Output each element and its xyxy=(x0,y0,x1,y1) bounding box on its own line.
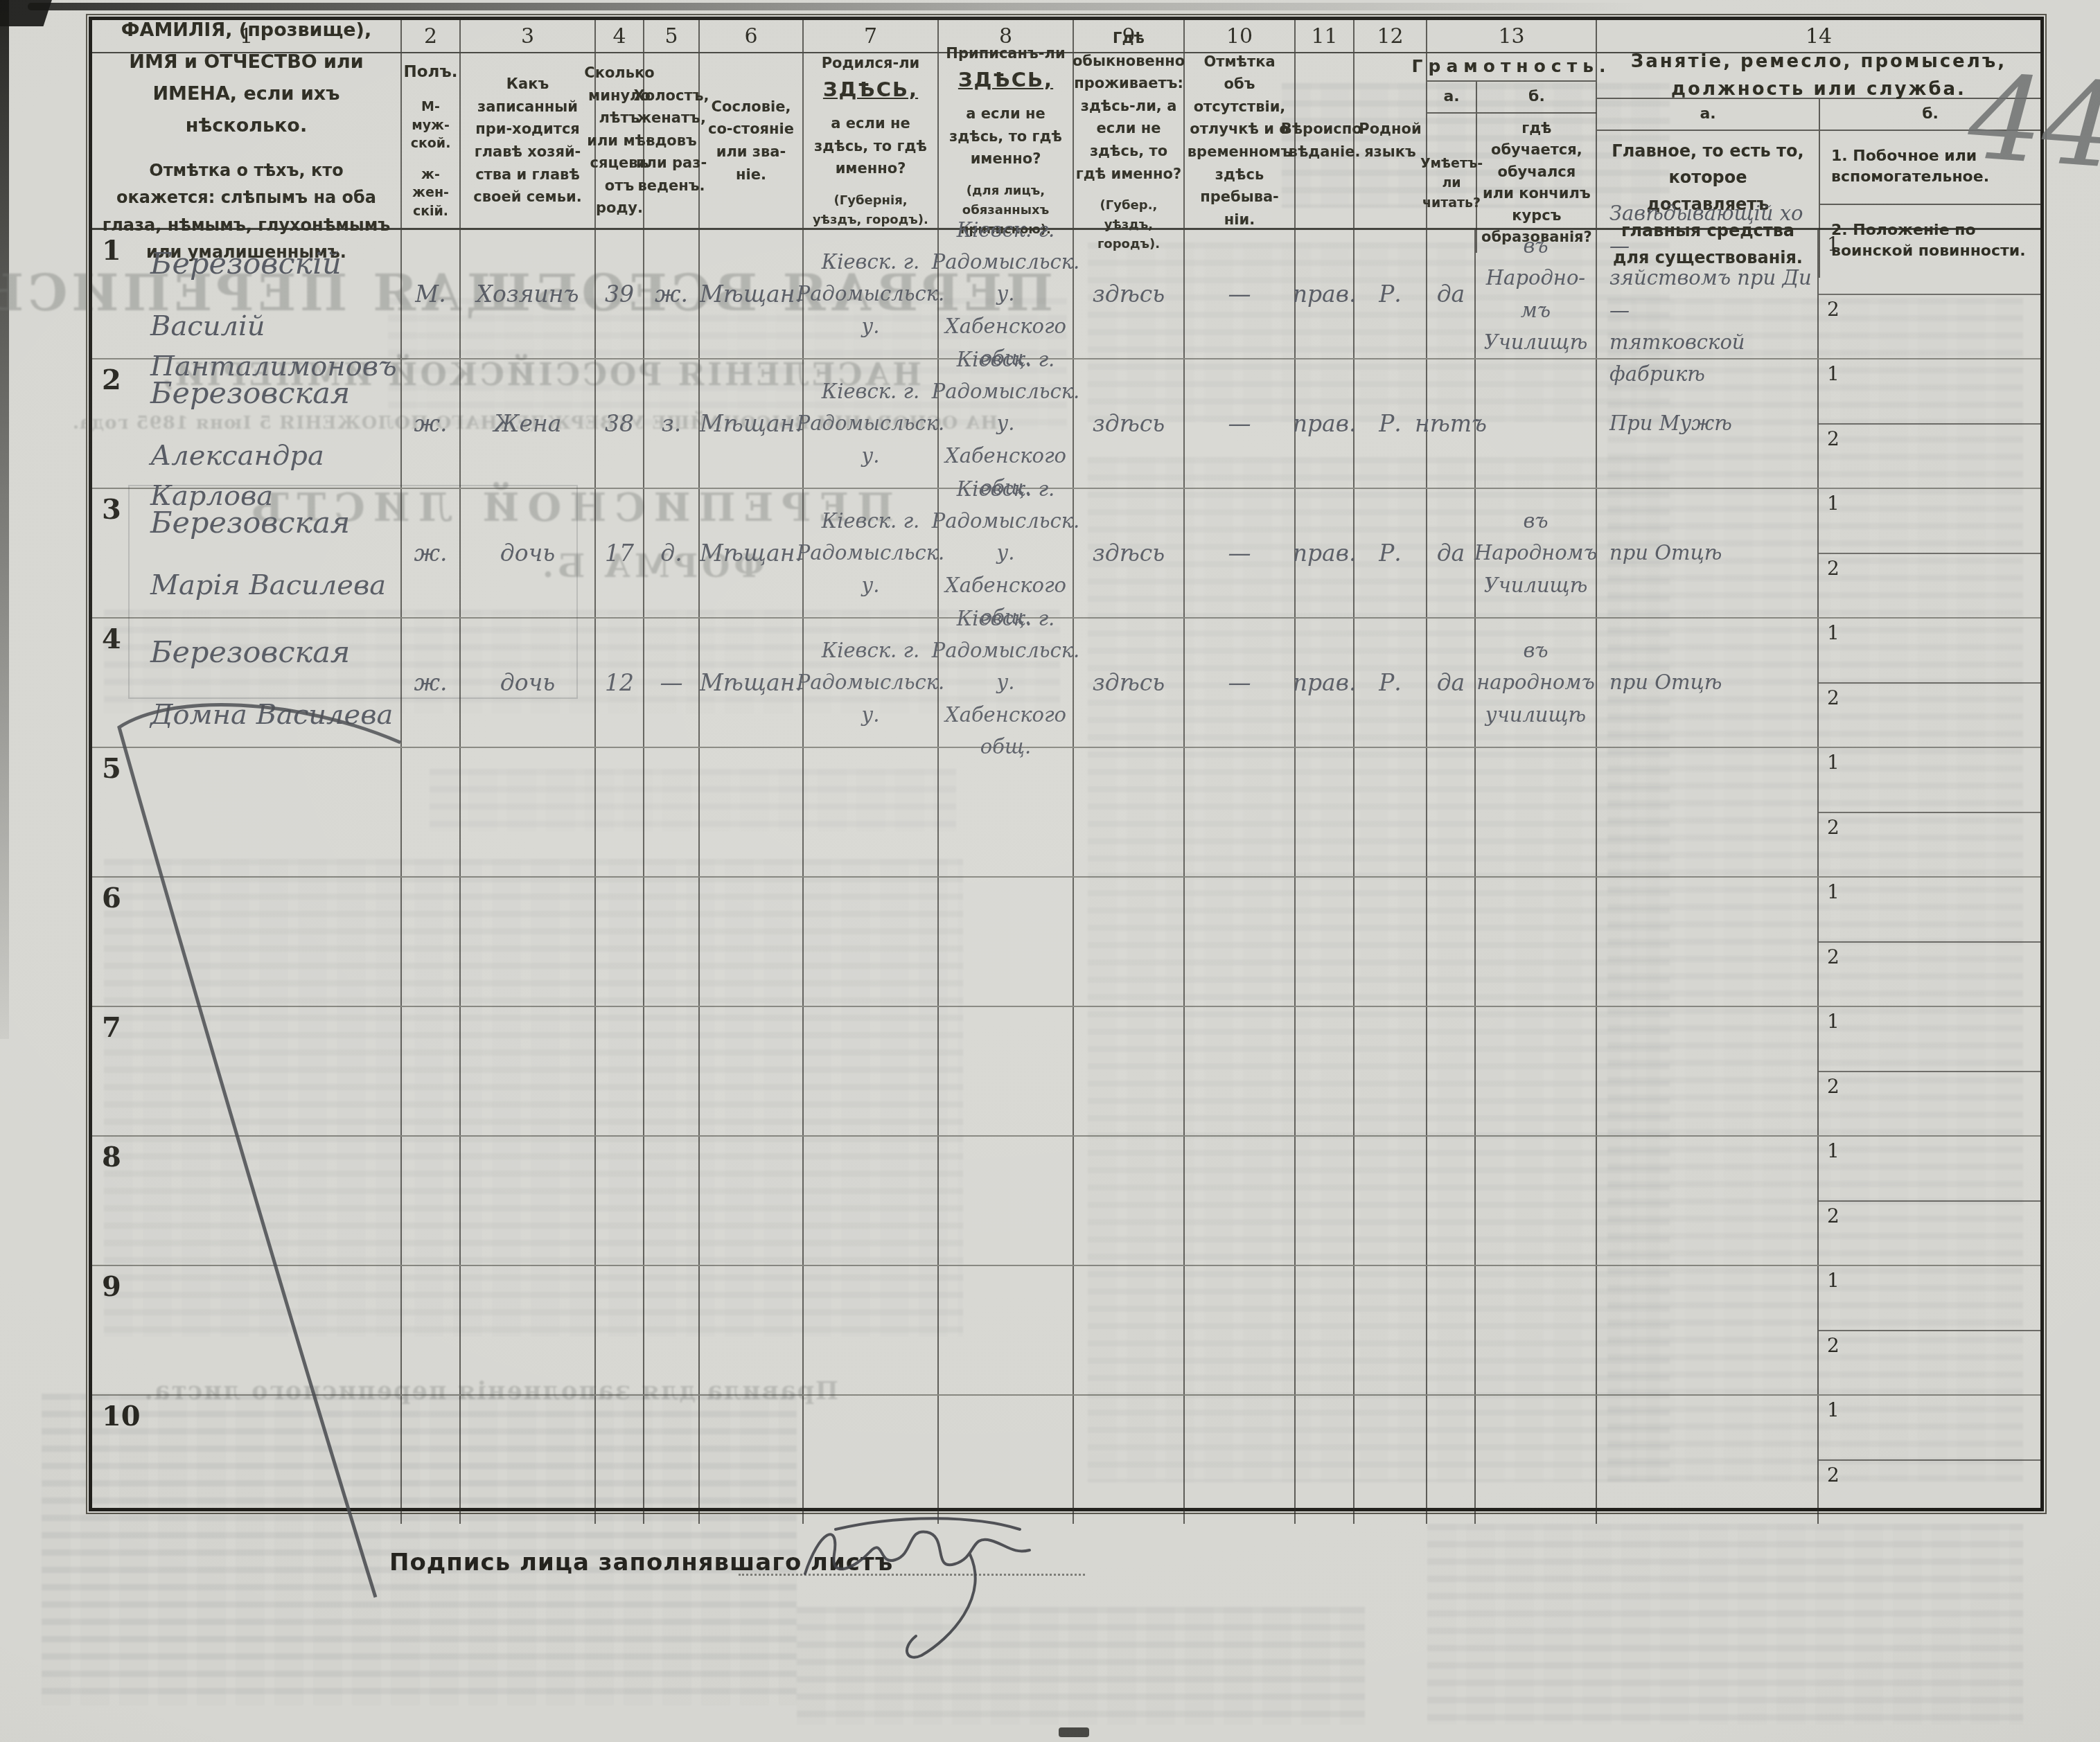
cell-marital xyxy=(644,1266,700,1394)
row-number: 1 xyxy=(102,234,121,267)
cell-education xyxy=(1476,878,1597,1006)
cell-religion xyxy=(1296,1007,1355,1135)
column-number: 11 xyxy=(1296,20,1355,52)
cell-estate xyxy=(700,1137,804,1265)
scan-corner-artifact xyxy=(0,0,53,26)
absence-value: — xyxy=(1228,537,1251,570)
cell-occupation-side: 12 xyxy=(1819,878,2040,1006)
cell-occupation-side: 12 xyxy=(1819,748,2040,876)
cell-age xyxy=(596,1137,644,1265)
signature-dotted-line xyxy=(739,1574,1085,1576)
row-number: 9 xyxy=(102,1270,121,1303)
cell-relation: Хозяинъ xyxy=(461,230,596,358)
cell-literacy xyxy=(1427,1007,1476,1135)
cell-registered: Кіевск. г. Радомысльск. у. Хабенского об… xyxy=(939,619,1074,747)
column-number: 2 xyxy=(402,20,461,52)
header-sex: Полъ. М-муж-ской. ж-жен-скій. xyxy=(402,53,461,228)
cell-name: 5 xyxy=(92,748,402,876)
religion-value: прав. xyxy=(1293,407,1357,441)
cell-absence xyxy=(1185,1007,1296,1135)
cell-estate xyxy=(700,1396,804,1524)
cell-relation xyxy=(461,1007,596,1135)
cell-language xyxy=(1355,1007,1427,1135)
header-residence: Гдѣ обыкновенно проживаетъ: здѣсь-ли, а … xyxy=(1074,53,1185,228)
header-sex-title: Полъ. xyxy=(404,60,458,85)
estate-value: Мѣщан. xyxy=(700,407,802,441)
subcell-number: 1 xyxy=(1827,492,1839,515)
absence-value: — xyxy=(1228,278,1251,311)
header-sex-male: М-муж-ской. xyxy=(407,98,454,153)
scan-speck xyxy=(1059,1727,1089,1737)
birthplace-value: Кіевск. г. Радомысльск. у. xyxy=(797,375,945,472)
cell-sex: М. xyxy=(402,230,461,358)
side-occupation-subcell: 1 xyxy=(1819,1007,2040,1071)
cell-residence xyxy=(1074,1266,1185,1394)
subcell-number: 1 xyxy=(1827,1010,1839,1033)
cell-marital xyxy=(644,748,700,876)
subcell-number: 1 xyxy=(1827,621,1839,644)
header-birthplace-line: Родился-ли ЗДѢСЬ, xyxy=(809,52,932,105)
table-row: 9 12 xyxy=(92,1266,2040,1396)
column-number: 4 xyxy=(596,20,644,52)
subcell-number: 2 xyxy=(1827,945,1839,968)
subcell-number: 2 xyxy=(1827,427,1839,450)
residence-value: здѣсь xyxy=(1093,278,1165,311)
cell-absence xyxy=(1185,1266,1296,1394)
subcell-number: 1 xyxy=(1827,1269,1839,1292)
surname-value: Березовская xyxy=(150,501,394,544)
subcell-number: 1 xyxy=(1827,880,1839,903)
cell-literacy xyxy=(1427,1396,1476,1524)
cell-sex xyxy=(402,1266,461,1394)
cell-residence: здѣсь xyxy=(1074,359,1185,488)
cell-birthplace xyxy=(804,878,939,1006)
cell-age xyxy=(596,1396,644,1524)
cell-occupation-side: 12 xyxy=(1819,1266,2040,1394)
cell-marital: ж. xyxy=(644,230,700,358)
military-status-subcell: 2 xyxy=(1819,553,2040,618)
cell-registered: Кіевск. г. Радомысльск. у. Хабенского об… xyxy=(939,489,1074,617)
cell-literacy xyxy=(1427,1137,1476,1265)
header-registered-emph: ЗДѢСЬ, xyxy=(958,68,1053,91)
cell-marital: — xyxy=(644,619,700,747)
subcell-number: 2 xyxy=(1827,1334,1839,1357)
cell-residence xyxy=(1074,1007,1185,1135)
table-row: 1БерезовскійВасилій Панталимоновъ М. Хоз… xyxy=(92,230,2040,359)
cell-sex: ж. xyxy=(402,359,461,488)
column-number: 13 xyxy=(1427,20,1597,52)
religion-value: прав. xyxy=(1293,278,1357,311)
cell-name: 3БерезовскаяМарія Василева xyxy=(92,489,402,617)
estate-value: Мѣщан. xyxy=(700,666,802,700)
cell-name: 8 xyxy=(92,1137,402,1265)
cell-occupation xyxy=(1597,1396,1819,1524)
cell-marital xyxy=(644,1396,700,1524)
cell-age xyxy=(596,1266,644,1394)
cell-relation xyxy=(461,878,596,1006)
column-number: 3 xyxy=(461,20,596,52)
table-row: 7 12 xyxy=(92,1007,2040,1137)
cell-religion xyxy=(1296,1137,1355,1265)
scan-edge-top xyxy=(28,3,1649,10)
header-registered-line: Приписанъ-ли ЗДѢСЬ, xyxy=(944,42,1067,96)
language-value: Р. xyxy=(1379,407,1402,441)
cell-occupation-side: 12 xyxy=(1819,1137,2040,1265)
cell-literacy xyxy=(1427,1266,1476,1394)
header-literacy-b: б. гдѣ обучается, обучался или кончилъ к… xyxy=(1477,82,1596,253)
cell-registered: Кіевск. г. Радомысльск. у. Хабенского об… xyxy=(939,359,1074,488)
subcell-number: 1 xyxy=(1827,1139,1839,1162)
military-status-subcell: 2 xyxy=(1819,1071,2040,1136)
cell-birthplace xyxy=(804,1396,939,1524)
header-literacy-b-letter: б. xyxy=(1477,82,1596,114)
cell-age: 12 xyxy=(596,619,644,747)
cell-name: 7 xyxy=(92,1007,402,1135)
subcell-number: 1 xyxy=(1827,362,1839,385)
header-registered-pre: Приписанъ-ли xyxy=(946,45,1065,62)
cell-age xyxy=(596,1007,644,1135)
birthplace-value: Кіевск. г. Радомысльск. у. xyxy=(797,246,945,342)
military-status-subcell: 2 xyxy=(1819,1459,2040,1525)
header-religion: Вѣроиспо-вѣданіе. xyxy=(1296,53,1355,228)
header-birthplace-emph: ЗДѢСЬ, xyxy=(823,78,918,101)
column-number: 5 xyxy=(644,20,700,52)
cell-relation xyxy=(461,748,596,876)
cell-language xyxy=(1355,1137,1427,1265)
cell-estate: Мѣщан. xyxy=(700,619,804,747)
table-row: 5 12 xyxy=(92,748,2040,878)
header-residence-main: Гдѣ обыкновенно проживаетъ: здѣсь-ли, а … xyxy=(1073,27,1185,185)
cell-residence: здѣсь xyxy=(1074,230,1185,358)
cell-literacy: да xyxy=(1427,489,1476,617)
cell-absence: — xyxy=(1185,489,1296,617)
header-estate: Сословіе, со-стояніе или зва-ніе. xyxy=(700,53,804,228)
cell-residence xyxy=(1074,1396,1185,1524)
military-status-subcell: 2 xyxy=(1819,941,2040,1006)
cell-name: 9 xyxy=(92,1266,402,1394)
cell-occupation-side: 1 2 xyxy=(1819,619,2040,747)
side-occupation-subcell: 1 xyxy=(1819,230,2040,294)
cell-occupation xyxy=(1597,1007,1819,1135)
occupation-value: При Мужѣ xyxy=(1609,407,1732,439)
header-birthplace-paren: (Губернія, уѣздъ, городъ). xyxy=(809,191,932,230)
education-value: въ народномъ училищѣ xyxy=(1476,634,1596,731)
cell-religion: прав. xyxy=(1296,359,1355,488)
cell-estate xyxy=(700,1007,804,1135)
cell-marital: з. xyxy=(644,359,700,488)
header-marital: Холостъ, женатъ, вдовъ или раз-веденъ. xyxy=(644,53,700,228)
census-sheet-scan: { "page": { "number_note": "44", "signat… xyxy=(0,0,2100,1742)
cell-occupation: Завѣдывающій хо— зяйствомъ при Ди— тятко… xyxy=(1597,230,1819,358)
cell-marital: д. xyxy=(644,489,700,617)
sex-value: ж. xyxy=(414,666,447,700)
literacy-value: да xyxy=(1437,537,1465,570)
cell-absence xyxy=(1185,1396,1296,1524)
cell-occupation-side: 1 2 xyxy=(1819,230,2040,358)
cell-occupation: При Мужѣ xyxy=(1597,359,1819,488)
cell-relation xyxy=(461,1137,596,1265)
cell-sex: ж. xyxy=(402,619,461,747)
subcell-number: 2 xyxy=(1827,816,1839,839)
cell-age xyxy=(596,878,644,1006)
language-value: Р. xyxy=(1379,666,1402,700)
cell-age: 39 xyxy=(596,230,644,358)
subcell-number: 2 xyxy=(1827,1464,1839,1486)
side-occupation-subcell: 1 xyxy=(1819,1396,2040,1459)
surname-value: Березовскій xyxy=(150,242,394,285)
cell-literacy: нѣтъ xyxy=(1427,359,1476,488)
cell-language xyxy=(1355,878,1427,1006)
absence-value: — xyxy=(1228,666,1251,700)
cell-education xyxy=(1476,1266,1597,1394)
cell-literacy: да xyxy=(1427,230,1476,358)
cell-residence xyxy=(1074,1137,1185,1265)
cell-absence xyxy=(1185,1137,1296,1265)
side-occupation-subcell: 1 xyxy=(1819,1266,2040,1330)
cell-occupation xyxy=(1597,878,1819,1006)
header-literacy-a: а. Умѣетъ-ли читать? xyxy=(1427,82,1477,253)
cell-literacy: да xyxy=(1427,619,1476,747)
header-literacy-subcolumns: а. Умѣетъ-ли читать? б. гдѣ обучается, о… xyxy=(1427,82,1596,253)
cell-birthplace: Кіевск. г. Радомысльск. у. xyxy=(804,489,939,617)
cell-registered xyxy=(939,1396,1074,1524)
subcell-number: 1 xyxy=(1827,751,1839,774)
cell-estate xyxy=(700,1266,804,1394)
occupation-value: при Отцѣ xyxy=(1609,666,1722,698)
census-table: 1 2 3 4 5 6 7 8 9 10 11 12 13 14 ФАМИЛІЯ… xyxy=(89,17,2044,1511)
subcell-number: 2 xyxy=(1827,686,1839,709)
cell-age: 17 xyxy=(596,489,644,617)
side-occupation-subcell: 1 xyxy=(1819,748,2040,812)
cell-residence xyxy=(1074,748,1185,876)
subcell-number: 2 xyxy=(1827,1205,1839,1227)
side-occupation-subcell: 1 xyxy=(1819,878,2040,941)
cell-occupation: при Отцѣ xyxy=(1597,619,1819,747)
row-number: 5 xyxy=(102,752,121,785)
cell-birthplace xyxy=(804,1137,939,1265)
column-number: 6 xyxy=(700,20,804,52)
cell-absence xyxy=(1185,748,1296,876)
cell-religion xyxy=(1296,1266,1355,1394)
header-registered-mid: а если не здѣсь, то гдѣ именно? xyxy=(944,103,1067,170)
cell-religion: прав. xyxy=(1296,619,1355,747)
scan-edge-left xyxy=(0,0,9,1039)
cell-literacy xyxy=(1427,878,1476,1006)
side-occupation-subcell: 1 xyxy=(1819,359,2040,423)
cell-sex xyxy=(402,1396,461,1524)
cell-relation: дочь xyxy=(461,489,596,617)
cell-occupation xyxy=(1597,1137,1819,1265)
sex-value: М. xyxy=(415,278,445,311)
subcell-number: 2 xyxy=(1827,1075,1839,1098)
military-status-subcell: 2 xyxy=(1819,294,2040,359)
military-status-subcell: 2 xyxy=(1819,423,2040,488)
cell-registered xyxy=(939,878,1074,1006)
cell-registered xyxy=(939,1266,1074,1394)
cell-name: 10 xyxy=(92,1396,402,1524)
cell-education: въ Народномъ Училищѣ xyxy=(1476,489,1597,617)
surname-value: Березовская xyxy=(150,631,394,674)
cell-name: 2БерезовскаяАлександра Карлова xyxy=(92,359,402,488)
cell-estate xyxy=(700,878,804,1006)
cell-name: 4БерезовскаяДомна Василева xyxy=(92,619,402,747)
cell-education xyxy=(1476,1007,1597,1135)
cell-language: Р. xyxy=(1355,230,1427,358)
column-number: 12 xyxy=(1355,20,1427,52)
side-occupation-subcell: 1 xyxy=(1819,619,2040,682)
cell-language xyxy=(1355,1266,1427,1394)
header-name-main: ФАМИЛІЯ, (прозвище), ИМЯ и ОТЧЕСТВО или … xyxy=(98,15,395,142)
cell-religion: прав. xyxy=(1296,230,1355,358)
cell-literacy xyxy=(1427,748,1476,876)
cell-birthplace xyxy=(804,1266,939,1394)
sex-value: ж. xyxy=(414,537,447,570)
cell-education xyxy=(1476,1137,1597,1265)
cell-occupation-side: 1 2 xyxy=(1819,489,2040,617)
cell-estate: Мѣщан. xyxy=(700,359,804,488)
language-value: Р. xyxy=(1379,278,1402,311)
cell-estate: Мѣщан. xyxy=(700,489,804,617)
cell-residence: здѣсь xyxy=(1074,619,1185,747)
cell-occupation-side: 12 xyxy=(1819,1007,2040,1135)
cell-language: Р. xyxy=(1355,489,1427,617)
military-status-subcell: 2 xyxy=(1819,1200,2040,1265)
military-status-subcell: 2 xyxy=(1819,812,2040,877)
header-occupation-a-letter: а. xyxy=(1597,99,1819,131)
signature-label: Подпись лица заполнявшаго листъ xyxy=(389,1549,893,1576)
cell-sex xyxy=(402,1007,461,1135)
cell-residence: здѣсь xyxy=(1074,489,1185,617)
header-name: ФАМИЛІЯ, (прозвище), ИМЯ и ОТЧЕСТВО или … xyxy=(92,53,402,228)
cell-registered: Кіевск. г. Радомысльск. у. Хабенского об… xyxy=(939,230,1074,358)
table-row: 10 12 xyxy=(92,1396,2040,1524)
cell-absence: — xyxy=(1185,619,1296,747)
age-value: 12 xyxy=(605,666,634,700)
cell-education xyxy=(1476,748,1597,876)
cell-religion: прав. xyxy=(1296,489,1355,617)
cell-occupation xyxy=(1597,1266,1819,1394)
cell-sex: ж. xyxy=(402,489,461,617)
cell-occupation: при Отцѣ xyxy=(1597,489,1819,617)
cell-education: въ народномъ училищѣ xyxy=(1476,619,1597,747)
cell-sex xyxy=(402,748,461,876)
row-number: 7 xyxy=(102,1011,121,1044)
cell-marital xyxy=(644,1007,700,1135)
table-row: 3БерезовскаяМарія Василева ж. дочь 17 д.… xyxy=(92,489,2040,619)
row-number: 2 xyxy=(102,364,121,396)
cell-estate: Мѣщан. xyxy=(700,230,804,358)
registered-value: Кіевск. г. Радомысльск. у. Хабенского об… xyxy=(932,603,1080,763)
table-row: 8 12 xyxy=(92,1137,2040,1266)
cell-name: 1БерезовскійВасилій Панталимоновъ xyxy=(92,230,402,358)
cell-occupation-side: 1 2 xyxy=(1819,359,2040,488)
cell-registered xyxy=(939,748,1074,876)
cell-relation xyxy=(461,1266,596,1394)
age-value: 17 xyxy=(605,537,634,570)
header-literacy-a-letter: а. xyxy=(1427,82,1476,114)
cell-absence: — xyxy=(1185,359,1296,488)
surname-value: Березовская xyxy=(150,372,394,415)
cell-religion xyxy=(1296,1396,1355,1524)
cell-name: 6 xyxy=(92,878,402,1006)
military-status-subcell: 2 xyxy=(1819,1330,2040,1395)
literacy-value: да xyxy=(1437,666,1465,700)
cell-relation: дочь xyxy=(461,619,596,747)
literacy-value: да xyxy=(1437,278,1465,311)
religion-value: прав. xyxy=(1293,666,1357,700)
header-sex-female: ж-жен-скій. xyxy=(407,166,454,221)
cell-registered xyxy=(939,1137,1074,1265)
relation-value: дочь xyxy=(500,666,555,700)
age-value: 39 xyxy=(605,278,634,311)
cell-education xyxy=(1476,1396,1597,1524)
cell-relation xyxy=(461,1396,596,1524)
age-value: 38 xyxy=(605,407,634,441)
cell-residence xyxy=(1074,878,1185,1006)
cell-age: 38 xyxy=(596,359,644,488)
birthplace-value: Кіевск. г. Радомысльск. у. xyxy=(797,634,945,731)
header-literacy: Грамотность. а. Умѣетъ-ли читать? б. гдѣ… xyxy=(1427,53,1597,228)
subcell-number: 1 xyxy=(1827,1398,1839,1421)
sex-value: ж. xyxy=(414,407,447,441)
header-registered: Приписанъ-ли ЗДѢСЬ, а если не здѣсь, то … xyxy=(939,53,1074,228)
cell-sex xyxy=(402,1137,461,1265)
table-row: 2БерезовскаяАлександра Карлова ж. Жена 3… xyxy=(92,359,2040,489)
header-literacy-title: Грамотность. xyxy=(1427,53,1596,82)
subcell-number: 1 xyxy=(1827,233,1839,256)
estate-value: Мѣщан. xyxy=(700,537,802,570)
cell-estate xyxy=(700,748,804,876)
cell-birthplace xyxy=(804,748,939,876)
marital-value: з. xyxy=(662,407,682,441)
relation-value: Хозяинъ xyxy=(476,278,579,311)
cell-occupation-side: 12 xyxy=(1819,1396,2040,1524)
cell-marital xyxy=(644,878,700,1006)
header-birthplace-pre: Родился-ли xyxy=(822,55,920,71)
row-number: 6 xyxy=(102,882,121,914)
column-number: 10 xyxy=(1185,20,1296,52)
given-name-value: Домна Василева xyxy=(150,695,394,735)
cell-sex xyxy=(402,878,461,1006)
subcell-number: 2 xyxy=(1827,298,1839,321)
column-number: 7 xyxy=(804,20,939,52)
row-number: 3 xyxy=(102,493,121,526)
estate-value: Мѣщан. xyxy=(700,278,802,311)
handwritten-page-number: 44 xyxy=(1964,49,2100,195)
table-row: 6 12 xyxy=(92,878,2040,1007)
cell-birthplace: Кіевск. г. Радомысльск. у. xyxy=(804,359,939,488)
side-occupation-subcell: 1 xyxy=(1819,1137,2040,1200)
cell-education: въ Народно- мъ Училищѣ xyxy=(1476,230,1597,358)
cell-language xyxy=(1355,748,1427,876)
header-absence: Отмѣтка объ отсутствіи, отлучкѣ и о врем… xyxy=(1185,53,1296,228)
absence-value: — xyxy=(1228,407,1251,441)
row-number: 10 xyxy=(102,1400,141,1432)
occupation-value: при Отцѣ xyxy=(1609,537,1722,569)
cell-birthplace: Кіевск. г. Радомысльск. у. xyxy=(804,619,939,747)
cell-religion xyxy=(1296,748,1355,876)
cell-language xyxy=(1355,1396,1427,1524)
subcell-number: 2 xyxy=(1827,557,1839,580)
religion-value: прав. xyxy=(1293,537,1357,570)
military-status-subcell: 2 xyxy=(1819,682,2040,747)
cell-absence xyxy=(1185,878,1296,1006)
table-row: 4БерезовскаяДомна Василева ж. дочь 12 — … xyxy=(92,619,2040,748)
language-value: Р. xyxy=(1379,537,1402,570)
birthplace-value: Кіевск. г. Радомысльск. у. xyxy=(797,505,945,601)
cell-absence: — xyxy=(1185,230,1296,358)
header-birthplace: Родился-ли ЗДѢСЬ, а если не здѣсь, то гд… xyxy=(804,53,939,228)
